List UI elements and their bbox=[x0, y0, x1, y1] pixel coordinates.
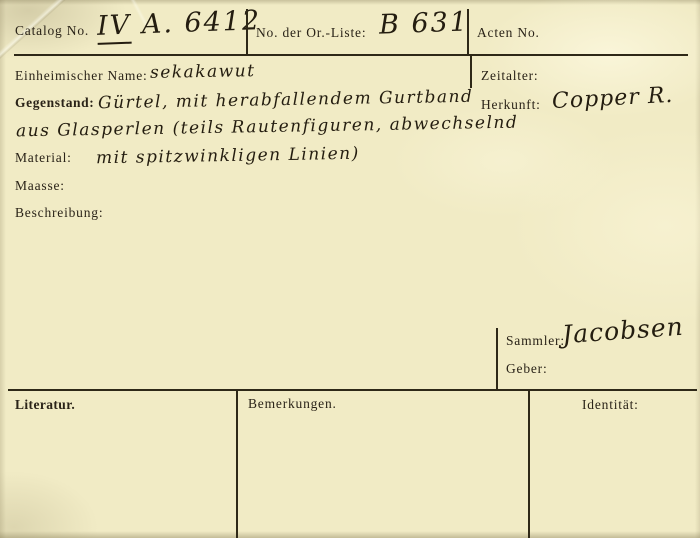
catalog-no-rest: A. 6412 bbox=[141, 5, 261, 40]
or-liste-value: B 631 bbox=[378, 6, 469, 40]
divider bbox=[528, 391, 530, 538]
catalog-no-label: Catalog No. bbox=[15, 23, 89, 39]
herkunft-label: Herkunft: bbox=[481, 97, 541, 113]
einheimischer-name-value: sekakawut bbox=[150, 61, 256, 83]
divider bbox=[496, 328, 498, 390]
acten-no-label: Acten No. bbox=[477, 25, 540, 41]
gegenstand-value-line1: Gürtel, mit herabfallendem Gurtband bbox=[98, 87, 474, 114]
material-label: Material: bbox=[15, 150, 72, 166]
literatur-label: Literatur. bbox=[15, 397, 75, 413]
catalog-no-value: IV A. 6412 bbox=[97, 5, 262, 42]
rule bbox=[8, 389, 697, 391]
catalog-card: Catalog No. IV A. 6412 No. der Or.-Liste… bbox=[0, 0, 700, 538]
or-liste-label: No. der Or.-Liste: bbox=[256, 25, 366, 41]
divider bbox=[470, 55, 472, 88]
zeitalter-label: Zeitalter: bbox=[481, 68, 538, 84]
divider bbox=[236, 391, 238, 538]
gegenstand-value-line3: mit spitzwinkligen Linien) bbox=[96, 144, 360, 169]
sammler-label: Sammler: bbox=[506, 333, 565, 349]
divider bbox=[467, 9, 469, 55]
beschreibung-label: Beschreibung: bbox=[15, 205, 103, 221]
herkunft-value: Copper R. bbox=[551, 83, 673, 114]
gegenstand-value-line2: aus Glasperlen (teils Rautenfiguren, abw… bbox=[16, 113, 519, 142]
geber-label: Geber: bbox=[506, 361, 548, 377]
sammler-value: Jacobsen bbox=[561, 312, 684, 349]
gegenstand-label: Gegenstand: bbox=[15, 95, 94, 111]
identitaet-label: Identität: bbox=[582, 397, 639, 413]
rule bbox=[14, 54, 688, 56]
bemerkungen-label: Bemerkungen. bbox=[248, 396, 337, 412]
maasse-label: Maasse: bbox=[15, 178, 65, 194]
divider bbox=[246, 9, 248, 55]
catalog-no-roman: IV bbox=[97, 10, 132, 45]
einheimischer-name-label: Einheimischer Name: bbox=[15, 68, 148, 84]
